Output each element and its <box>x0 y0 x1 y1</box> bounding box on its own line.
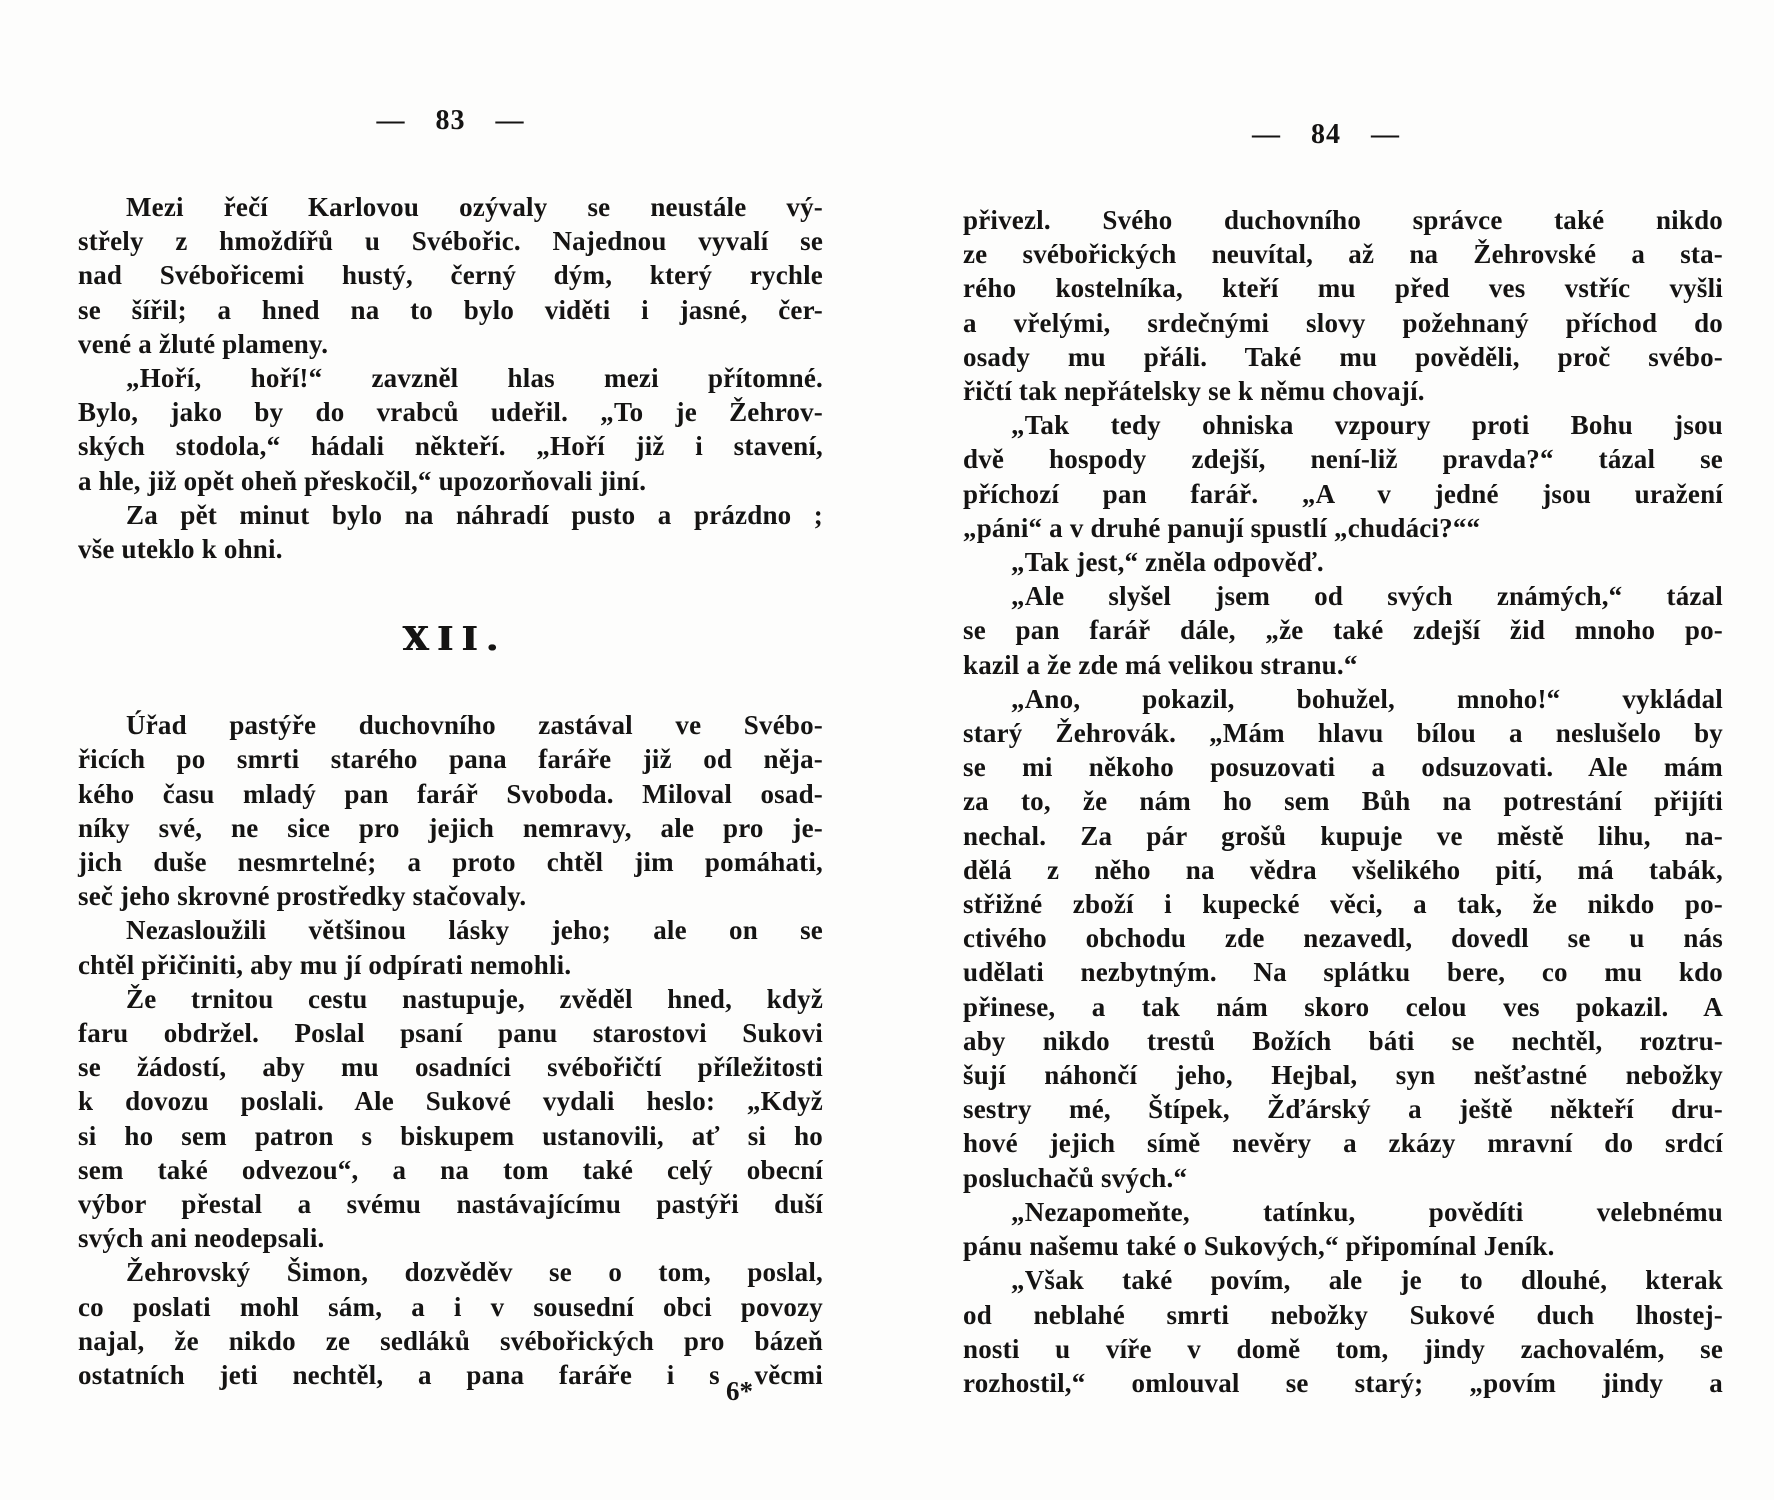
text-line: se žádostí, aby mu osadníci svébořičtí p… <box>78 1050 823 1084</box>
page-text-right: přivezl. Svého duchovního správce také n… <box>963 203 1723 1400</box>
text-line: za to, že nám ho sem Bůh na potrestání p… <box>963 784 1723 818</box>
text-line: a hle, již opět oheň přeskočil,“ upozorň… <box>78 464 823 498</box>
text-line: osady mu přáli. Také mu pověděli, proč s… <box>963 340 1723 374</box>
text-line: svých ani neodepsali. <box>78 1221 823 1255</box>
text-line: nechal. Za pár grošů kupuje ve městě lih… <box>963 819 1723 853</box>
text-line: vše uteklo k ohni. <box>78 532 823 566</box>
text-line: Bylo, jako by do vrabců udeřil. „To je Ž… <box>78 395 823 429</box>
text-line: Mezi řečí Karlovou ozývaly se neustále v… <box>78 190 823 224</box>
text-line: posluchačů svých.“ <box>963 1161 1723 1195</box>
text-line: faru obdržel. Poslal psaní panu starosto… <box>78 1016 823 1050</box>
paragraph: Za pět minut bylo na náhradí pusto a prá… <box>78 498 823 566</box>
page-number-right: — 84 — <box>963 118 1723 152</box>
text-line: Za pět minut bylo na náhradí pusto a prá… <box>78 498 823 532</box>
text-line: rého kostelníka, kteří mu před ves vstří… <box>963 271 1723 305</box>
text-line: co poslati mohl sám, a i v sousední obci… <box>78 1290 823 1324</box>
paragraph: „Nezapomeňte, tatínku, povědíti velebném… <box>963 1195 1723 1263</box>
text-line: jich duše nesmrtelné; a proto chtěl jim … <box>78 845 823 879</box>
paragraph: Úřad pastýře duchovního zastával ve Svéb… <box>78 708 823 913</box>
text-line: nosti u víře v domě tom, jindy zachovalé… <box>963 1332 1723 1366</box>
paragraph: Žehrovský Šimon, dozvěděv se o tom, posl… <box>78 1255 823 1392</box>
text-line: „Však také povím, ale je to dlouhé, kter… <box>963 1263 1723 1297</box>
text-line: udělati nezbytným. Na splátku bere, co m… <box>963 955 1723 989</box>
chapter-heading: XII. <box>78 622 823 656</box>
page-number-left: — 83 — <box>78 104 823 138</box>
text-line: ských stodola,“ hádali někteří. „Hoří ji… <box>78 429 823 463</box>
text-line: ostatních jeti nechtěl, a pana faráře i … <box>78 1358 823 1392</box>
text-line: se pan farář dále, „že také zdejší žid m… <box>963 613 1723 647</box>
text-line: kazil a že zde má velikou stranu.“ <box>963 648 1723 682</box>
text-line: Žehrovský Šimon, dozvěděv se o tom, posl… <box>78 1255 823 1289</box>
text-line: chtěl přičiniti, aby mu jí odpírati nemo… <box>78 948 823 982</box>
text-line: k dovozu poslali. Ale Sukové vydali hesl… <box>78 1084 823 1118</box>
paragraph: Mezi řečí Karlovou ozývaly se neustále v… <box>78 190 823 361</box>
signature-mark: 6* <box>726 1376 753 1406</box>
text-line: a vřelými, srdečnými slovy požehnaný pří… <box>963 306 1723 340</box>
page-83: — 83 — Mezi řečí Karlovou ozývaly se neu… <box>78 0 823 1500</box>
text-line: příchozí pan farář. „A v jedné jsou uraž… <box>963 477 1723 511</box>
text-line: „Tak tedy ohniska vzpoury proti Bohu jso… <box>963 408 1723 442</box>
text-line: kého času mladý pan farář Svoboda. Milov… <box>78 777 823 811</box>
paragraph: „Hoří, hoří!“ zavzněl hlas mezi přítomné… <box>78 361 823 498</box>
text-line: dvě hospody zdejší, není-liž pravda?“ tá… <box>963 442 1723 476</box>
text-line: „Nezapomeňte, tatínku, povědíti velebném… <box>963 1195 1723 1229</box>
text-line: hové jejich símě nevěry a zkázy mravní d… <box>963 1126 1723 1160</box>
text-line: starý Žehrovák. „Mám hlavu bílou a neslu… <box>963 716 1723 750</box>
text-line: dělá z něho na vědra všelikého pití, má … <box>963 853 1723 887</box>
text-line: „páni“ a v druhé panují spustlí „chudáci… <box>963 511 1723 545</box>
text-line: přivezl. Svého duchovního správce také n… <box>963 203 1723 237</box>
paragraph: „Tak jest,“ zněla odpověď. <box>963 545 1723 579</box>
text-line: aby nikdo trestů Božích báti se nechtěl,… <box>963 1024 1723 1058</box>
text-line: řičtí tak nepřátelsky se k němu chovají. <box>963 374 1723 408</box>
text-line: střižné zboží i kupecké věci, a tak, že … <box>963 887 1723 921</box>
text-line: přinese, a tak nám skoro celou ves pokaz… <box>963 990 1723 1024</box>
text-line: najal, že nikdo ze sedláků svébořických … <box>78 1324 823 1358</box>
text-line: si ho sem patron s biskupem ustanovili, … <box>78 1119 823 1153</box>
text-line: od neblahé smrti nebožky Sukové duch lho… <box>963 1298 1723 1332</box>
paragraph: „Ano, pokazil, bohužel, mnoho!“ vykládal… <box>963 682 1723 1195</box>
text-line: výbor přestal a svému nastávajícímu past… <box>78 1187 823 1221</box>
text-line: ctivého obchodu zde nezavedl, dovedl se … <box>963 921 1723 955</box>
text-line: Nezasloužili většinou lásky jeho; ale on… <box>78 913 823 947</box>
page-84: — 84 — přivezl. Svého duchovního správce… <box>963 0 1723 1500</box>
text-line: se mi někoho posuzovati a odsuzovati. Al… <box>963 750 1723 784</box>
text-line: „Hoří, hoří!“ zavzněl hlas mezi přítomné… <box>78 361 823 395</box>
page-text-left: Mezi řečí Karlovou ozývaly se neustále v… <box>78 190 823 1392</box>
paragraph: „Tak tedy ohniska vzpoury proti Bohu jso… <box>963 408 1723 545</box>
book-spread: — 83 — Mezi řečí Karlovou ozývaly se neu… <box>0 0 1774 1500</box>
text-line: pánu našemu také o Sukových,“ připomínal… <box>963 1229 1723 1263</box>
text-line: řicích po smrti starého pana faráře již … <box>78 742 823 776</box>
text-line: střely z hmoždířů u Svébořic. Najednou v… <box>78 224 823 258</box>
text-line: nad Svébořicemi hustý, černý dým, který … <box>78 258 823 292</box>
paragraph: Nezasloužili většinou lásky jeho; ale on… <box>78 913 823 981</box>
text-line: „Tak jest,“ zněla odpověď. <box>963 545 1723 579</box>
paragraph: Že trnitou cestu nastupuje, zvěděl hned,… <box>78 982 823 1256</box>
text-line: Úřad pastýře duchovního zastával ve Svéb… <box>78 708 823 742</box>
paragraph: přivezl. Svého duchovního správce také n… <box>963 203 1723 408</box>
text-line: se šířil; a hned na to bylo viděti i jas… <box>78 293 823 327</box>
text-line: sestry mé, Štípek, Žďárský a ještě někte… <box>963 1092 1723 1126</box>
text-line: ze svébořických neuvítal, až na Žehrovsk… <box>963 237 1723 271</box>
text-line: sem také odvezou“, a na tom také celý ob… <box>78 1153 823 1187</box>
text-line: rozhostil,“ omlouval se starý; „povím ji… <box>963 1366 1723 1400</box>
paragraph: „Ale slyšel jsem od svých známých,“ táza… <box>963 579 1723 682</box>
text-line: níky své, ne sice pro jejich nemravy, al… <box>78 811 823 845</box>
text-line: „Ale slyšel jsem od svých známých,“ táza… <box>963 579 1723 613</box>
text-line: „Ano, pokazil, bohužel, mnoho!“ vykládal <box>963 682 1723 716</box>
text-line: Že trnitou cestu nastupuje, zvěděl hned,… <box>78 982 823 1016</box>
text-line: seč jeho skrovné prostředky stačovaly. <box>78 879 823 913</box>
text-line: šují náhončí jeho, Hejbal, syn nešťastné… <box>963 1058 1723 1092</box>
paragraph: „Však také povím, ale je to dlouhé, kter… <box>963 1263 1723 1400</box>
text-line: vené a žluté plameny. <box>78 327 823 361</box>
